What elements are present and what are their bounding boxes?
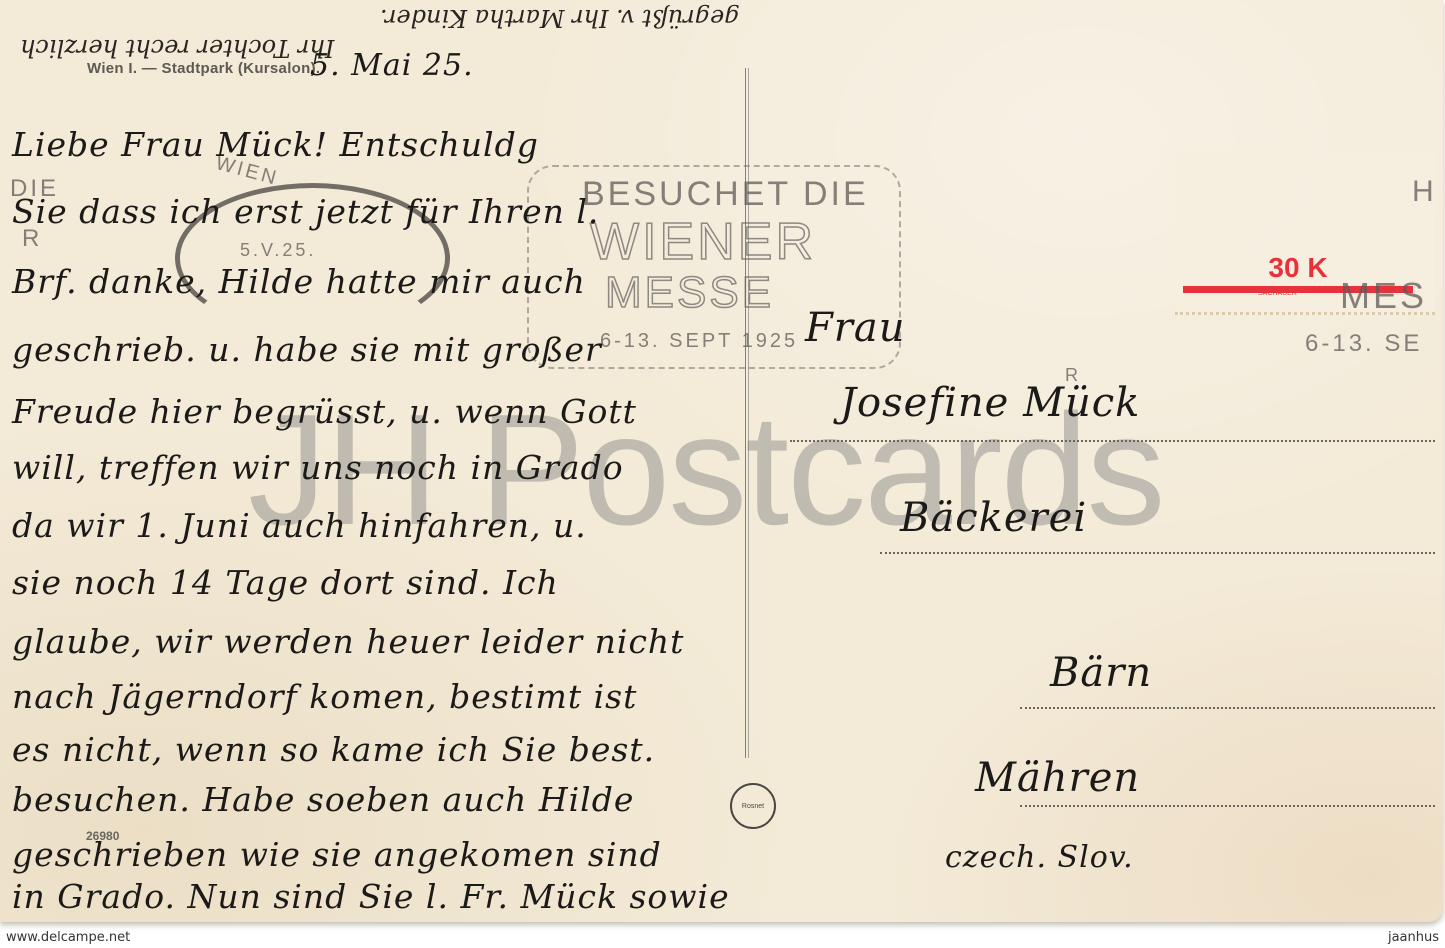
message-line: es nicht, wenn so kame ich Sie best. [12, 730, 655, 769]
printed-caption: Wien I. — Stadtpark (Kursalon). [87, 60, 320, 77]
postmark-slogan-line2: WIENER [590, 212, 816, 272]
address-salutation: Frau [805, 305, 905, 351]
postmark-slogan-dates: 6-13. SEPT 1925 [600, 330, 798, 353]
publisher-logo-icon: Rosnet [730, 783, 776, 829]
address-line-1 [790, 440, 1435, 442]
message-line: will, treffen wir uns noch in Grado [12, 448, 624, 487]
message-line: Liebe Frau Mück! Entschuldg [12, 125, 539, 164]
upside-down-text-2: Ihr Tochter recht herzlich [20, 34, 334, 62]
message-line: geschrieb. u. habe sie mit großer [12, 330, 602, 369]
address-city: Bärn [1050, 650, 1152, 696]
address-line-3 [1020, 707, 1435, 709]
publisher-logo-text: Rosnet [742, 803, 764, 810]
address-line2: Bäckerei [900, 495, 1087, 541]
postcard-back: gegrüßt v. Ihr Martha Kinder. Ihr Tochte… [0, 0, 1443, 922]
stamp-printer: SACHAUER [1258, 290, 1297, 297]
postmark-slogan-line3: MESSE [605, 268, 774, 318]
address-line-2 [880, 552, 1435, 554]
message-line: Freude hier begrüsst, u. wenn Gott [12, 392, 637, 431]
upside-down-text-1: gegrüßt v. Ihr Martha Kinder. [380, 4, 740, 32]
handwritten-date: 5. Mai 25. [310, 48, 474, 83]
address-line-4 [1020, 805, 1435, 807]
footer-seller[interactable]: jaanhus [1388, 930, 1439, 945]
message-line: da wir 1. Juni auch hinfahren, u. [12, 506, 587, 545]
address-region: Mähren [975, 755, 1140, 801]
postmark-slogan-line1: BESUCHET DIE [582, 175, 869, 214]
address-name: Josefine Mück [840, 380, 1140, 426]
postmark-right-dates: 6-13. SE [1305, 330, 1422, 358]
message-line: glaube, wir werden heuer leider nicht [12, 622, 684, 661]
footer-source-link[interactable]: www.delcampe.net [6, 930, 130, 945]
series-number: 26980 [86, 829, 119, 843]
message-line: Brf. danke, Hilde hatte mir auch [12, 262, 586, 301]
message-line: sie noch 14 Tage dort sind. Ich [12, 563, 559, 602]
message-line: nach Jägerndorf komen, bestimt ist [12, 677, 637, 716]
address-country: czech. Slov. [945, 840, 1134, 875]
round-postmark-date: 5.V.25. [240, 240, 316, 261]
message-line: besuchen. Habe soeben auch Hilde [12, 780, 634, 819]
message-line: Sie dass ich erst jetzt für Ihren l. [12, 192, 599, 231]
postmark-right-top: H [1412, 175, 1437, 209]
message-line: in Grado. Nun sind Sie l. Fr. Mück sowie [12, 877, 730, 916]
postmark-right-slogan: MES [1340, 275, 1427, 317]
